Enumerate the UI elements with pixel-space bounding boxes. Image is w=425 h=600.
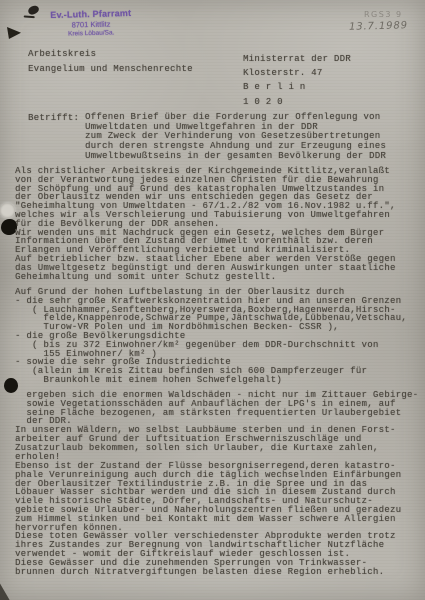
paragraph-air-pollution-list: Auf Grund der hohen Luftbelastung in der… [15,288,407,385]
corner-crease [0,578,16,600]
paragraph-forest-damage: ergeben sich die enormen Waldschäden - n… [15,391,418,461]
paragraph-river-pollution: Ebenso ist der Zustand der Flüsse besorg… [15,462,401,576]
ink-arrow-mark-icon [7,26,21,39]
file-reference-pencil: RGS3 9 [364,10,403,19]
document-page: Ev.-Luth. Pfarramt 8701 Kittlitz Kreis L… [0,0,425,600]
subject-text: Offenen Brief über die Forderung zur Off… [85,113,386,162]
subject-label: Betrifft: [28,113,79,123]
handwritten-date: 13.7.1989 [349,20,408,33]
sender-block: Arbeitskreis Evangelium und Menschenrech… [28,47,193,77]
recipient-address: Ministerrat der DDR Klosterstr. 47 B e r… [243,52,351,109]
paragraph-intro-protest: Als christlicher Arbeitskreis der Kirchg… [15,167,396,281]
punch-hole [0,203,15,218]
church-office-stamp: Ev.-Luth. Pfarramt 8701 Kittlitz Kreis L… [30,7,153,38]
